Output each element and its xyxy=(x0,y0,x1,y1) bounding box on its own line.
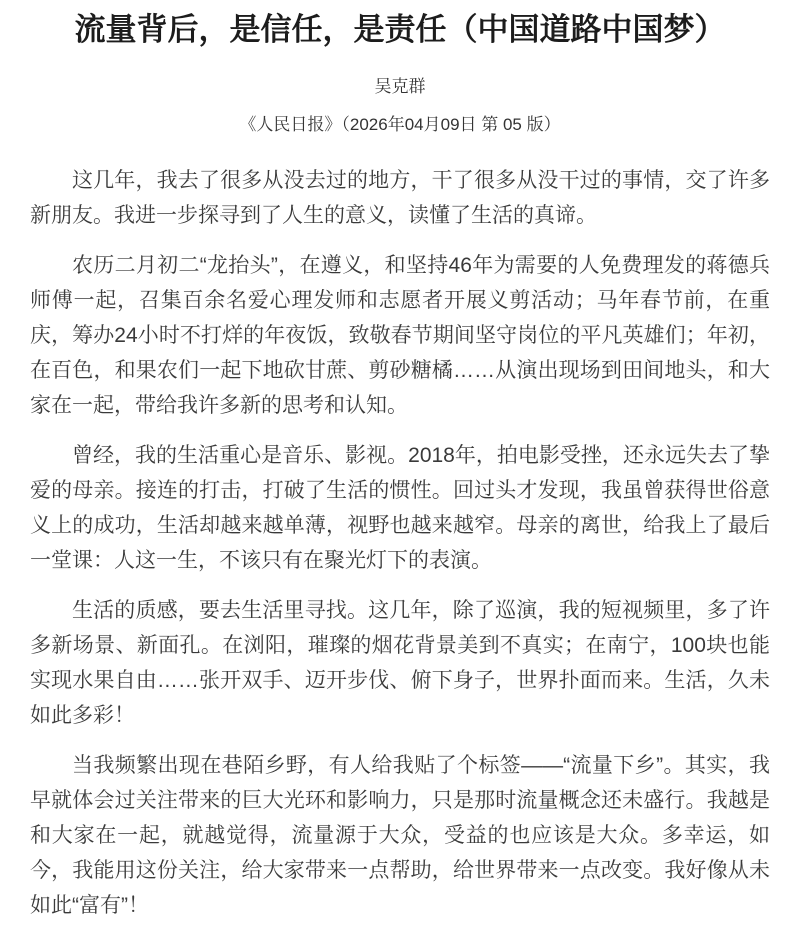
paragraph-1: 这几年，我去了很多从没去过的地方，干了很多从没干过的事情，交了许多新朋友。我进一… xyxy=(30,163,770,233)
paragraph-2: 农历二月初二“龙抬头”，在遵义，和坚持46年为需要的人免费理发的蒋德兵师傅一起，… xyxy=(30,248,770,423)
article-author: 吴克群 xyxy=(30,75,770,99)
paragraph-5: 当我频繁出现在巷陌乡野，有人给我贴了个标签——“流量下乡”。其实，我早就体会过关… xyxy=(30,748,770,923)
article-source: 《人民日报》（2026年04月09日 第 05 版） xyxy=(30,113,770,137)
article-body: 这几年，我去了很多从没去过的地方，干了很多从没干过的事情，交了许多新朋友。我进一… xyxy=(30,163,770,923)
article-title: 流量背后，是信任，是责任（中国道路中国梦） xyxy=(30,8,770,52)
paragraph-4: 生活的质感，要去生活里寻找。这几年，除了巡演，我的短视频里，多了许多新场景、新面… xyxy=(30,593,770,733)
paragraph-3: 曾经，我的生活重心是音乐、影视。2018年，拍电影受挫，还永远失去了挚爱的母亲。… xyxy=(30,438,770,578)
article-page: 流量背后，是信任，是责任（中国道路中国梦） 吴克群 《人民日报》（2026年04… xyxy=(0,0,800,935)
